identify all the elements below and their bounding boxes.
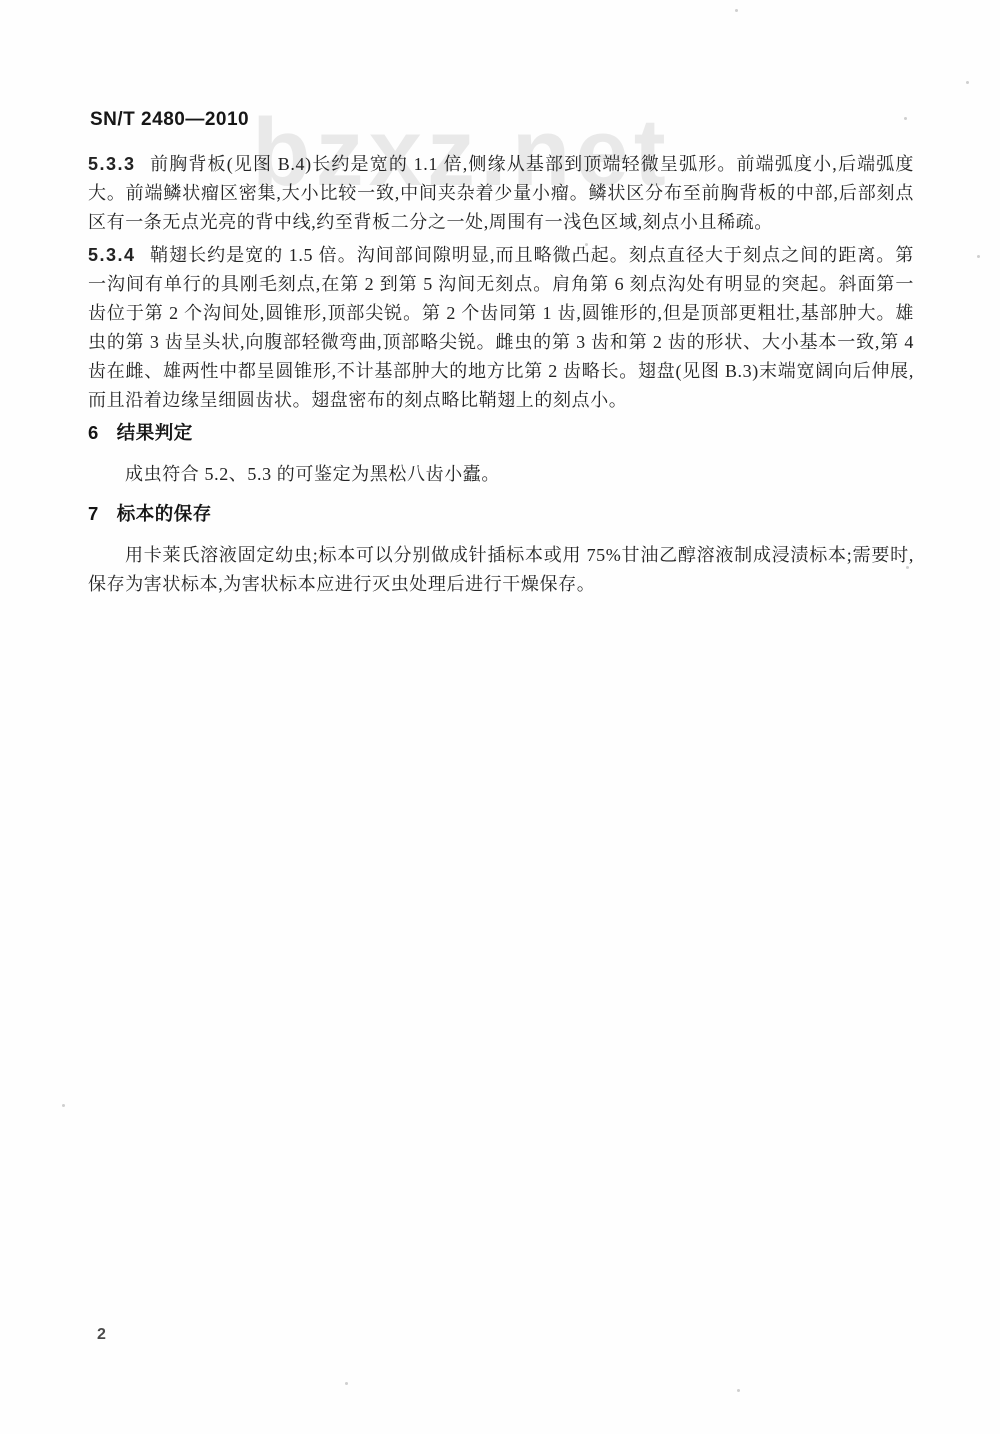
scan-speck	[906, 566, 909, 569]
section-7-heading: 7标本的保存	[88, 500, 212, 526]
section-7-body: 用卡莱氏溶液固定幼虫;标本可以分别做成针插标本或用 75%甘油乙醇溶液制成浸渍标…	[88, 541, 914, 599]
section-title: 标本的保存	[117, 503, 212, 524]
scan-speck	[62, 1104, 65, 1107]
scan-speck	[904, 117, 907, 120]
scan-speck	[585, 243, 588, 246]
section-title: 结果判定	[117, 422, 193, 443]
clause-text: 前胸背板(见图 B.4)长约是宽的 1.1 倍,侧缘从基部到顶端轻微呈弧形。前端…	[88, 154, 914, 232]
clause-number: 5.3.4	[88, 245, 136, 265]
scan-speck	[966, 81, 969, 84]
scan-speck	[977, 255, 980, 258]
clause-5-3-4: 5.3.4鞘翅长约是宽的 1.5 倍。沟间部间隙明显,而且略微凸起。刻点直径大于…	[88, 241, 914, 415]
scan-speck	[345, 1382, 348, 1385]
standard-number: SN/T 2480—2010	[90, 109, 249, 131]
clause-number: 5.3.3	[88, 154, 136, 174]
page-number: 2	[97, 1326, 106, 1344]
clause-text: 鞘翅长约是宽的 1.5 倍。沟间部间隙明显,而且略微凸起。刻点直径大于刻点之间的…	[88, 245, 914, 410]
scan-speck	[735, 9, 738, 12]
section-number: 7	[88, 503, 99, 524]
section-6-heading: 6结果判定	[88, 419, 193, 445]
scan-speck	[737, 1389, 740, 1392]
section-6-body: 成虫符合 5.2、5.3 的可鉴定为黑松八齿小蠹。	[88, 460, 914, 489]
document-page: bzxz.net SN/T 2480—2010 5.3.3前胸背板(见图 B.4…	[0, 0, 1000, 1434]
clause-5-3-3: 5.3.3前胸背板(见图 B.4)长约是宽的 1.1 倍,侧缘从基部到顶端轻微呈…	[88, 150, 914, 237]
section-number: 6	[88, 422, 99, 443]
